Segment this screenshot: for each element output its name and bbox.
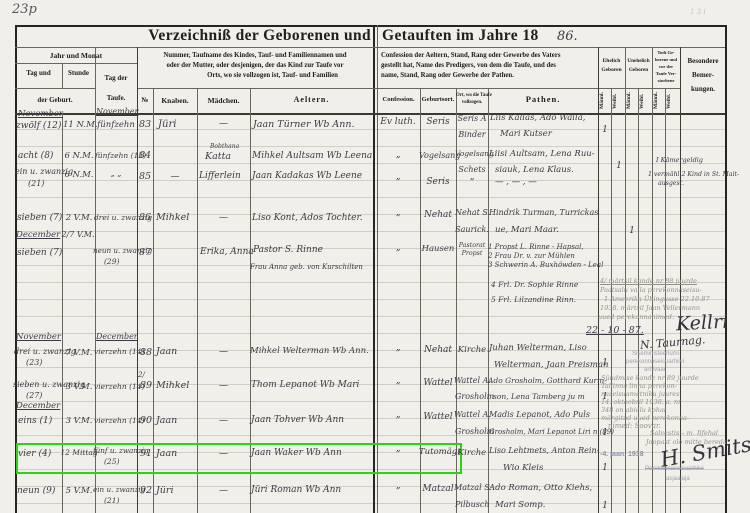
title-right: Getauften im Jahre 18 (382, 27, 539, 45)
r92-tick-ehelich-m: 1 (599, 501, 611, 511)
r83-nr: 83 (137, 119, 153, 130)
r84-stunde: 6 N.M. (63, 151, 95, 161)
r88-stunde: 7 V.M. (63, 348, 95, 358)
header-ort-taufe-2: vollzogen. (456, 100, 488, 105)
r84-pathen-2: siauk, Lena Klaus. (495, 165, 574, 175)
r86-taufe-tag: drei u. zwanzig (94, 213, 138, 222)
header-line-2a (15, 88, 95, 89)
header-line-jahr (15, 63, 137, 64)
header-ort-taufe-1: Ort, wo die Taufe (456, 93, 488, 98)
r86-geburtsort: Nehat (420, 210, 456, 220)
r84-bemerkung: I Kämergeldig (656, 156, 703, 164)
r87-monat: December (16, 230, 60, 240)
r85-maedchen: Lifferlein (199, 171, 241, 181)
r88-taufe-monat: December (96, 332, 136, 341)
r90-geburtsort: Wattel (420, 412, 456, 422)
pencil-note-2-line-4: 14. oktoobril 1938. a. nr (601, 398, 681, 406)
r88-taufort: Kirche (455, 345, 489, 355)
r85-confession-ditto: ” (380, 178, 416, 188)
pencil-note-1-line-4: 1938. märtsil Jaan Vellermann (600, 304, 700, 312)
r86-nr: 86 (137, 212, 153, 223)
r91-taufort: Kirche (455, 448, 489, 458)
r83-geburt-tag: zwölf (12) (16, 121, 61, 131)
r88-confession-ditto: ” (380, 349, 416, 359)
header-desc-left-2: oder der Mutter, oder desjenigen, der da… (140, 62, 370, 69)
center-divider (373, 25, 375, 513)
r84-maedchen: Katta (205, 151, 231, 162)
title-left: Verzeichniß der Geborenen und (140, 27, 371, 45)
pencil-note-2-line-2: Tallinna linna perekon- (601, 382, 677, 390)
r89-nr: 89 (138, 380, 154, 391)
r90-stunde: 3 V.M. (63, 416, 95, 426)
r83-tick-ehelich-m: 1 (599, 125, 611, 135)
r86-stunde: 2 V.M. (63, 213, 95, 223)
r88-geburtsort: Nehat (420, 345, 456, 355)
col-line-pathen-tally (598, 47, 599, 513)
r89-geburt-tag2: (27) (26, 391, 42, 400)
r89-confession-ditto: ” (380, 382, 416, 392)
pencil-note-1-line-5: uued perekonnanimed. (598, 313, 674, 321)
r90-pathen-1: Madis Lepanot, Ado Puls (489, 410, 590, 419)
r91-confession-ditto: ” (380, 450, 416, 460)
r88-nr: 88 (138, 347, 154, 358)
r90-knabe: Jaan (156, 415, 177, 426)
r87-taufort-1: Pastorat (455, 242, 489, 249)
stamp-2-line-2: asjaajaja (666, 476, 690, 482)
r83-taufe-monat: November (96, 107, 136, 116)
pencil-note-1-line-2: Paatsalu valla perekonnaseisu- (600, 286, 702, 294)
r86-aeltern: Liso Kont, Ados Tochter. (252, 213, 363, 223)
r91-taufe-tag: fünf u. zwanzig (93, 446, 139, 455)
r91-nr: 91 (138, 448, 154, 459)
corner-note: 23p (12, 2, 37, 17)
signature-kellri: Kellri (675, 311, 728, 336)
header-desc-right-3: name, Stand, Rang oder Gewerbe der Pathe… (381, 72, 514, 79)
r90-taufe-tag: vierzehn (14) (94, 416, 138, 425)
r85-aeltern: Jaan Kadakas Wb Leene (252, 171, 362, 181)
r87-geburtsort: Hausen (419, 244, 457, 254)
header-todt-1: Todt Ge- (652, 50, 680, 55)
r89-taufe-tag: vierzehn (14) (94, 382, 138, 391)
header-maennl-3: Männl. (653, 90, 665, 112)
r85-bemerkung-1: 1 vermähl 2 Kind in St. Mait- (648, 171, 739, 178)
r91-pathen-2: Wio Kleis (503, 463, 543, 473)
r87-pathen-4: 4 Frl. Dr. Sophie Rinne (491, 280, 578, 289)
r92-taufort-2: Pilbusch (455, 500, 489, 509)
r91-maedchen: — (197, 449, 250, 459)
r87-taufe-tag2: (29) (104, 257, 119, 266)
pencil-note-2-line-3: naseisuametniku juures (601, 390, 679, 398)
r92-stunde: 5 V.M. (63, 486, 95, 496)
r91-taufe-tag2: (25) (104, 457, 119, 466)
header-todt-4: Taufe Ver- (652, 71, 680, 76)
r88-pathen-2: Welterman, Jaan Preisman (494, 360, 609, 370)
r87-pathen-5: 5 Frl. Lilzandine Rinn. (491, 295, 576, 304)
r84-maedchen-sup: Bobthana (210, 143, 239, 150)
stamp-1-line-3: arhivaar (644, 367, 666, 373)
r85-stunde: 6 N.M. (63, 170, 95, 180)
r87-maedchen: Erika, Anna (200, 247, 254, 257)
r90-maedchen: — (197, 416, 250, 426)
r92-knabe: Jüri (156, 485, 174, 496)
header-unehelich-2: Geboren (625, 67, 652, 73)
r84-geburt-tag: acht (8) (18, 151, 53, 161)
r84-nr: 84 (137, 150, 153, 161)
r88-maedchen: — (197, 347, 250, 357)
r86-tick-unehelich-m: 1 (626, 226, 638, 236)
r91-aeltern: Jaan Waker Wb Ann (251, 448, 342, 458)
header-besondere-1: Besondere (680, 57, 726, 65)
header-no: № (137, 96, 153, 104)
pencil-note-2-line-1: Sündmise kande nr 89 juurde (601, 374, 699, 382)
r87-aeltern-1: Pastor S. Rinne (253, 245, 323, 255)
r92-pathen-2: Mari Somp. (495, 500, 545, 510)
r85-nr: 85 (137, 171, 153, 182)
r84-taufort-1: Vogelsang (455, 149, 489, 158)
r91-geburt-tag: vier (4) (18, 449, 51, 459)
r86-geburt-tag: sieben (7) (17, 213, 62, 223)
header-todt-2: borene und (652, 57, 680, 62)
r84-aeltern: Mihkel Aultsam Wb Leena (252, 151, 372, 161)
register-page-scan: 23p 1 3 i Verzeichniß der Geborenen und … (0, 0, 750, 513)
r84-taufe-tag: fünfzehn (15) (95, 151, 137, 160)
r86-knabe: Mihkel (156, 212, 189, 223)
r86-pathen-1: Hindrik Turman, Turrickas (489, 208, 598, 217)
r85-bemerkung-2: ausgest. (658, 180, 684, 187)
r85-geburtsort: Seris (420, 177, 456, 187)
r87-stunde: 2/7 V.M. (60, 230, 96, 239)
r89-stunde: 3 V.M. (63, 382, 95, 392)
r85-knabe: — (153, 172, 197, 182)
r85-geburt-tag2: (21) (28, 179, 44, 188)
r83-maedchen: — (197, 119, 250, 129)
r83-aeltern: Jaan Türner Wb Ann. (253, 119, 355, 130)
header-unehelich-1: Unehelich (625, 58, 652, 64)
r83-knabe: Jüri (158, 119, 176, 130)
r88-aeltern: Mihkel Welterman Wb Ann. (250, 346, 369, 356)
header-desc-left-3: Orts, wo sie vollzogen ist, Tauf- und Fa… (175, 72, 370, 79)
header-weibl-3: Weibl. (666, 90, 678, 112)
stamp-1-line-1: Siseministeeriumi (632, 351, 679, 357)
title-year-handwritten: 86. (557, 29, 578, 44)
r92-taufe-tag2: (21) (104, 496, 119, 505)
pencil-note-1-line-1: 4/ märtsil kande nr 88 juurde (600, 277, 697, 285)
header-confession: Confession. (377, 96, 420, 103)
r87-taufort-2: Propst (455, 250, 489, 257)
r85-taufort-ditto: ” (456, 178, 488, 188)
r91-pathen-1: Liso Lehtmets, Anton Rein- (489, 446, 599, 455)
r83-pathen-1: Liis Kallas, Ado Wäila, (490, 113, 586, 123)
r83-taufort-2: Binder (456, 130, 488, 139)
header-weibl-2: Weibl. (639, 90, 651, 112)
r92-taufort-1: Matzal S. (454, 483, 490, 492)
r92-confession-ditto: ” (380, 487, 416, 497)
stamp-1-line-2: perekonnaseisuarhiivi (626, 359, 684, 365)
r90-pathen-2: Grosholm, Mari Lepanot Liri n (89) (489, 428, 614, 436)
header-maennl-1: Männl. (599, 90, 611, 112)
header-geburtsort: Geburtsort. (420, 96, 456, 103)
header-maennl-2: Männl. (626, 90, 638, 112)
r86-maedchen: — (197, 213, 250, 223)
r86-confession-ditto: ” (380, 214, 416, 224)
r88-geburt-monat: November (16, 332, 61, 342)
stamp-2-line-1: Perekonnaseisuarhiivi (645, 466, 704, 472)
r88-taufe-tag: vierzehn (14) (94, 347, 138, 356)
header-desc-right-1: Confession der Aeltern, Stand, Rang oder… (381, 52, 561, 59)
header-jahr-und-monat: Jahr und Monat (15, 51, 137, 60)
r88-pathen-1: Juhan Welterman, Liso (489, 343, 587, 353)
r83-taufe-tag: fünfzehn (96, 120, 136, 130)
r84-geburtsort: Vogelsang (419, 151, 457, 160)
r89-pathen-2: son, Lena Tamberg ju m (493, 392, 585, 401)
margin-note: 1 3 i (690, 8, 706, 16)
header-taufe: Taufe. (95, 94, 137, 102)
header-desc-right-2: gestellt hat, Name des Predigers, von de… (381, 62, 556, 69)
r88-knabe: Jaan (156, 346, 177, 357)
r87-pathen-3: 3 Schwerin A. Buxhöwden - Leal (488, 261, 603, 269)
r85-taufe-ditto: „ „ (100, 169, 132, 178)
table-border-top (15, 25, 727, 27)
r84-tick-ehelich-w: 1 (613, 161, 625, 171)
r85-pathen-dashes: — , — , — (495, 177, 537, 187)
r92-taufe-tag: ein u. zwanzig (93, 485, 139, 494)
header-pathen: Pathen. (488, 94, 598, 104)
r86-pathen-2: ue, Mari Maar. (495, 225, 559, 235)
r91-tick-ehelich-m: 1 (599, 463, 611, 473)
r92-maedchen: — (197, 486, 250, 496)
header-weibl-1: Weibl. (612, 90, 624, 112)
header-stunde: Stunde (62, 69, 95, 77)
r84-confession-ditto: ” (380, 156, 416, 166)
r87-aeltern-2: Frau Anna geb. von Kurschilten (250, 263, 363, 271)
header-aeltern: Aeltern. (250, 95, 373, 104)
date-stamp-1938: -4. jaan. 1938 (600, 451, 644, 458)
header-besondere-3: kungen. (680, 85, 726, 93)
r90-confession-ditto: ” (380, 416, 416, 426)
header-der-geburt: der Geburt. (15, 96, 95, 104)
r90-geburt-monat: December (16, 401, 60, 411)
ink-date-note: 22 - 10 - 87. (586, 325, 644, 336)
r83-pathen-2: Mari Kutser (500, 129, 552, 139)
r89-aeltern: Thom Lepanot Wb Mari (251, 380, 359, 390)
r90-tick-ehelich-m: 1 (599, 428, 611, 438)
r90-nr: 90 (138, 415, 154, 426)
r87-geburt-tag: sieben (7) (17, 248, 62, 258)
header-desc-left-1: Nummer, Taufname des Kindes, Tauf- und F… (140, 52, 370, 59)
r89-knabe: Mihkel (156, 380, 189, 391)
r92-aeltern: Jüri Roman Wb Ann (251, 485, 341, 495)
header-besondere-2: Bemer- (680, 71, 726, 79)
header-knaben: Knaben. (153, 96, 197, 105)
r89-taufort-1: Wattel A. (454, 376, 490, 385)
r91-geburtsort: Tutomägi (419, 447, 457, 457)
r89-nr-sup: 2/ (138, 371, 145, 379)
r87-pathen-1: 1 Propst L. Rinne - Hapsal, (488, 243, 584, 251)
r92-nr: 92 (138, 485, 154, 496)
header-ehelich-2: Geboren (598, 67, 625, 73)
pencil-note-1-line-3: 1 Ameerika Ühingusse 22.10.87 (604, 295, 710, 303)
r84-taufort-2: Schets (455, 165, 489, 174)
r83-stunde: 11 N.M. (63, 120, 95, 130)
r87-nr: 87 (137, 247, 153, 258)
r83-confession: Ev luth. (378, 117, 418, 127)
pencil-note-3-line-1: Salvestis – m. Ilfehal (650, 429, 718, 437)
header-line-1 (15, 47, 725, 48)
r88-tick-ehelich-m: 1 (599, 358, 611, 368)
r90-taufort-1: Wattel A. (454, 410, 490, 419)
r92-geburt-tag: neun (9) (17, 486, 55, 496)
header-todt-3: vor der (652, 64, 680, 69)
r83-geburtsort: Seris (420, 117, 456, 127)
r87-pathen-2: 2 Frau Dr. v. zur Mühlen (488, 252, 575, 260)
pencil-note-2-line-5: 348 on abielu kohal (601, 406, 666, 414)
r83-geburt-monat: November (18, 109, 62, 119)
r90-taufort-2: Grosholm (455, 427, 489, 436)
r87-confession-ditto: ” (380, 249, 416, 259)
r92-pathen-1: Ado Roman, Otto Kiehs, (489, 483, 592, 493)
r90-geburt-tag: eins (1) (18, 416, 52, 426)
r91-knabe: Jaan (156, 448, 177, 459)
r88-geburt-tag2: (23) (26, 358, 42, 367)
r89-pathen-1: Ado Grosholm, Gotthard Kurm- (488, 376, 607, 385)
header-todt-5: storbene (652, 78, 680, 83)
r89-taufort-2: Grosholm (455, 392, 489, 401)
r92-geburtsort: Matzal (420, 484, 456, 494)
header-maedchen: Mädchen. (197, 96, 250, 105)
header-ehelich-1: Ehelich (598, 58, 625, 64)
r86-taufort-1: Nehat S. (455, 208, 489, 217)
r87-taufe-tag: neun u. zwanzig (93, 246, 139, 255)
r84-pathen-1: Liisi Aultsam, Lena Ruu- (489, 149, 595, 159)
r89-geburtsort: Wattel (420, 378, 456, 388)
pencil-note-2-line-6: märgitud uued perekonna- (601, 414, 689, 422)
header-tag-und: Tag und (15, 69, 62, 77)
r83-taufort-1: Seris A (456, 114, 488, 123)
r89-maedchen: — (197, 381, 250, 391)
r86-taufort-2: Saurick. (455, 225, 489, 234)
header-tag-der: Tag der (95, 74, 137, 82)
r90-aeltern: Jaan Tohver Wb Ann (251, 415, 344, 425)
